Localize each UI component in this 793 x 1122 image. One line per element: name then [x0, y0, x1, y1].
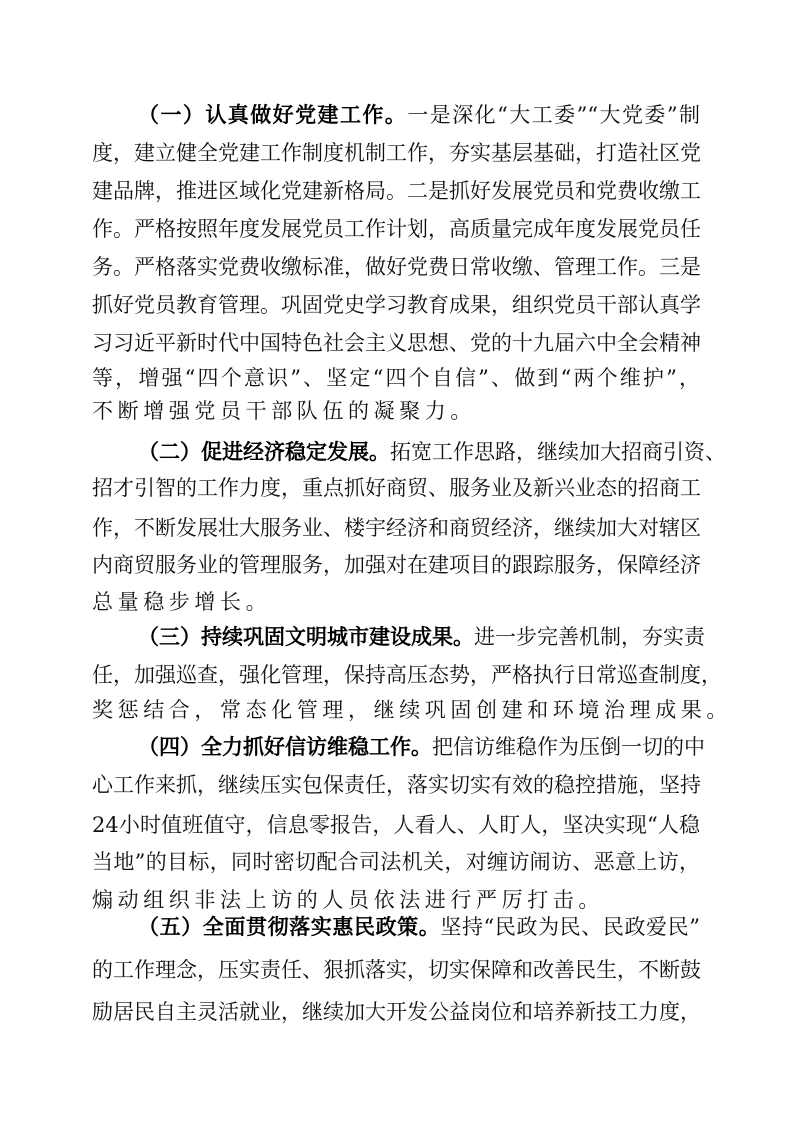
paragraph-line: （三）持续巩固文明城市建设成果。进一步完善机制，夯实责	[138, 622, 700, 652]
paragraph-line: 24小时值班值守，信息零报告，人看人、人盯人，坚决实现“人稳	[92, 810, 700, 840]
paragraph-line: 煽动组织非法上访的人员依法进行严厉打击。	[92, 885, 700, 915]
paragraph-line: 不断增强党员干部队伍的凝聚力。	[92, 396, 700, 426]
paragraph-line: （五）全面贯彻落实惠民政策。坚持“民政为民、民政爱民”	[138, 912, 700, 942]
paragraph-line: 度，建立健全党建工作制度机制工作，夯实基层基础，打造社区党	[92, 138, 700, 168]
section-heading: （三）持续巩固文明城市建设成果。	[138, 625, 474, 649]
paragraph-line: 作，不断发展壮大服务业、楼宇经济和商贸经济，继续加大对辖区	[92, 513, 700, 543]
section-heading: （五）全面贯彻落实惠民政策。	[138, 915, 440, 939]
paragraph-line: （一）认真做好党建工作。一是深化“大工委”“大党委”制	[138, 100, 700, 130]
paragraph-line: 建品牌，推进区域化党建新格局。二是抓好发展党员和党费收缴工	[92, 176, 700, 206]
paragraph-line: 奖惩结合，常态化管理，继续巩固创建和环境治理成果。	[92, 695, 700, 725]
section-heading: （一）认真做好党建工作。	[138, 103, 407, 127]
paragraph-line: 抓好党员教育管理。巩固党史学习教育成果，组织党员干部认真学	[92, 290, 700, 320]
paragraph-line: 内商贸服务业的管理服务，加强对在建项目的跟踪服务，保障经济	[92, 550, 700, 580]
paragraph-line: 务。严格落实党费收缴标准，做好党费日常收缴、管理工作。三是	[92, 252, 700, 282]
paragraph-line: 心工作来抓，继续压实包保责任，落实切实有效的稳控措施，坚持	[92, 770, 700, 800]
paragraph-line: 的工作理念，压实责任、狠抓落实，切实保障和改善民生，不断鼓	[92, 955, 700, 985]
document-page: （一）认真做好党建工作。一是深化“大工委”“大党委”制 度，建立健全党建工作制度…	[0, 0, 793, 1122]
paragraph-line: 习习近平新时代中国特色社会主义思想、党的十九届六中全会精神	[92, 328, 700, 358]
paragraph-line: 励居民自主灵活就业，继续加大开发公益岗位和培养新技工力度，	[92, 997, 700, 1027]
paragraph-line: （四）全力抓好信访维稳工作。把信访维稳作为压倒一切的中	[138, 732, 700, 762]
paragraph-line: （二）促进经济稳定发展。拓宽工作思路，继续加大招商引资、	[138, 437, 700, 467]
paragraph-line: 任，加强巡查，强化管理，保持高压态势，严格执行日常巡查制度，	[92, 660, 700, 690]
section-heading: （四）全力抓好信访维稳工作。	[138, 735, 432, 759]
paragraph-line: 总量稳步增长。	[92, 587, 700, 617]
paragraph-line: 招才引智的工作力度，重点抓好商贸、服务业及新兴业态的招商工	[92, 473, 700, 503]
paragraph-line: 作。严格按照年度发展党员工作计划，高质量完成年度发展党员任	[92, 214, 700, 244]
paragraph-line: 等，增强“四个意识”、坚定“四个自信”、做到“两个维护”，	[92, 363, 700, 393]
section-heading: （二）促进经济稳定发展。	[138, 440, 390, 464]
paragraph-line: 当地”的目标，同时密切配合司法机关，对缠访闹访、恶意上访，	[92, 847, 700, 877]
